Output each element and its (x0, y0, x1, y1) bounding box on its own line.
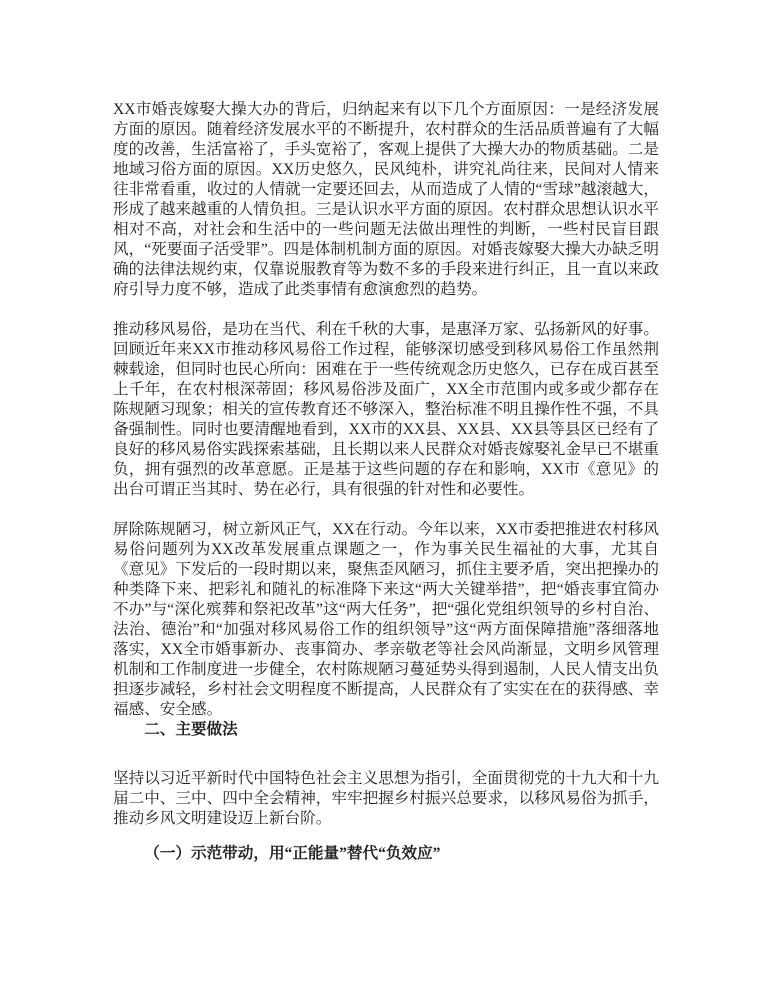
paragraph-significance: 推动移风易俗，是功在当代、利在千秋的大事，是惠泽万家、弘扬新风的好事。回顾近年来… (113, 320, 659, 500)
document-page: XX市婚丧嫁娶大操大办的背后，归纳起来有以下几个方面原因：一是经济发展方面的原因… (0, 0, 770, 1000)
paragraph-actions-overview: 屏除陈规陋习，树立新风正气，XX在行动。今年以来，XX市委把推进农村移风易俗问题… (113, 520, 659, 720)
paragraph-causes-analysis: XX市婚丧嫁娶大操大办的背后，归纳起来有以下几个方面原因：一是经济发展方面的原因… (113, 100, 659, 300)
heading-demonstration-drive: （一）示范带动，用“正能量”替代“负效应” (113, 844, 659, 864)
heading-main-measures: 二、主要做法 (113, 720, 659, 740)
paragraph-guiding-ideology: 坚持以习近平新时代中国特色社会主义思想为指引，全面贯彻党的十九大和十九届二中、三… (113, 769, 659, 829)
